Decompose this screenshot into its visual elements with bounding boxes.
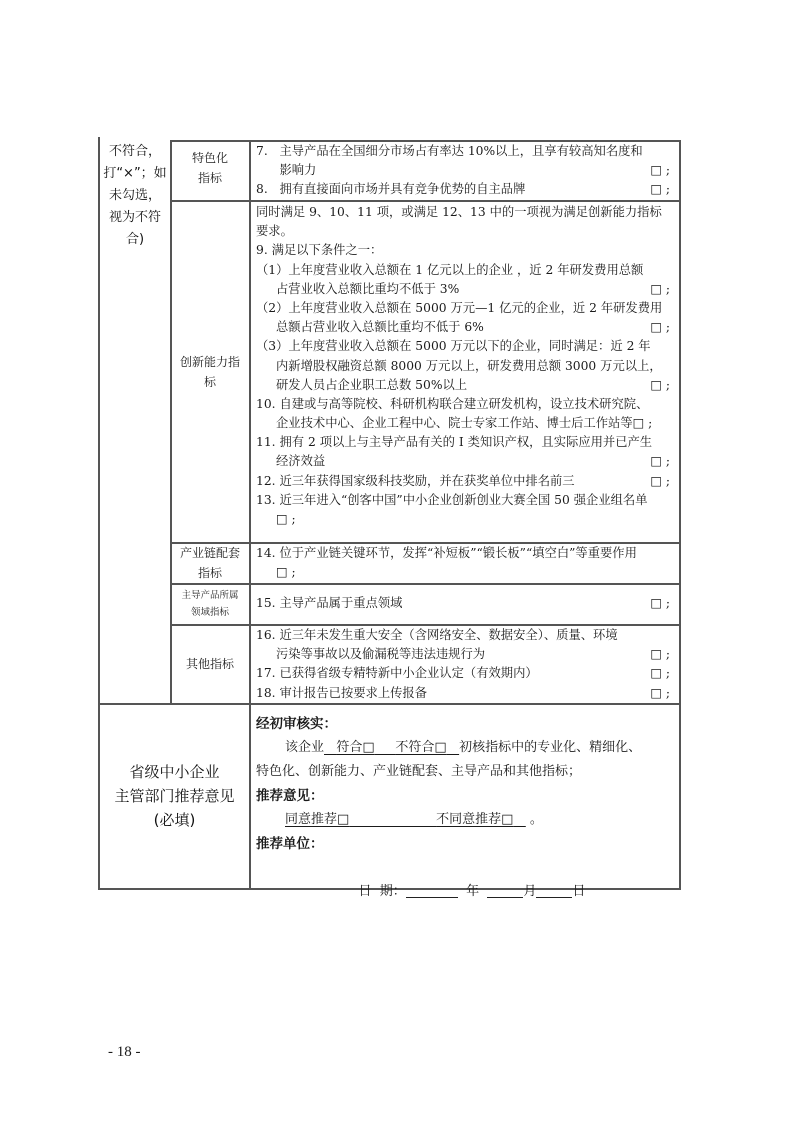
checkbox-9-1[interactable]: □ ; xyxy=(650,280,670,300)
criterion-line: 污染等事故以及偷漏税等违法违规行为□ ; xyxy=(256,645,676,664)
criterion-line: 总额占营业收入总额比重均不低于 6%□ ; xyxy=(256,318,676,337)
recommendation-label: 省级中小企业 主管部门推荐意见 (必填) xyxy=(100,760,249,832)
criterion-line: 研发人员占企业职工总数 50%以上□ ; xyxy=(256,376,676,395)
label-line: (必填) xyxy=(100,808,249,832)
category-label: 指标 xyxy=(171,563,249,583)
review-heading: 经初审核实： xyxy=(256,712,676,736)
category-label: 指标 xyxy=(171,168,249,188)
criterion-text: 内新增股权融资总额 8000 万元以上，研发费用总额 3000 万元以上， xyxy=(276,359,662,373)
criterion-line: 同时满足 9、10、11 项，或满足 12、13 中的一项视为满足创新能力指标 xyxy=(256,203,676,222)
criterion-line: 8. 拥有直接面向市场并具有竞争优势的自主品牌□ ; xyxy=(256,180,676,199)
page-number: - 18 - xyxy=(108,1044,141,1061)
label-line: 主管部门推荐意见 xyxy=(100,784,249,808)
criterion-line: 占营业收入总额比重均不低于 3%□ ; xyxy=(256,280,676,299)
criterion-line: 16. 近三年未发生重大安全（含网络安全、数据安全）、质量、环境 xyxy=(256,626,676,645)
checkbox-18[interactable]: □ ; xyxy=(650,684,670,703)
criterion-line: （3）上年度营业收入总额在 5000 万元以下的企业，同时满足：近 2 年 xyxy=(256,337,676,356)
unit-heading: 推荐单位： xyxy=(256,832,676,856)
content-chanyelian: 14. 位于产业链关键环节，发挥“补短板”“锻长板”“填空白”等重要作用 □ ; xyxy=(256,544,676,582)
col2-col3-border xyxy=(249,140,251,890)
criterion-line: 11. 拥有 2 项以上与主导产品有关的 I 类知识产权，且实际应用并已产生 xyxy=(256,433,676,452)
criterion-text: （2）上年度营业收入总额在 5000 万元—1 亿元的企业，近 2 年研发费用 xyxy=(256,301,662,315)
row-divider-3 xyxy=(170,583,681,585)
criterion-line: （1）上年度营业收入总额在 1 亿元以上的企业 ，近 2 年研发费用总额 xyxy=(256,261,676,280)
criterion-text: 12. 近三年获得国家级科技奖励，并在获奖单位中排名前三 xyxy=(256,474,575,488)
note-line: 打“×”；如 xyxy=(100,163,170,185)
criterion-text: 经济效益 xyxy=(276,454,325,468)
category-label: 主导产品所属 xyxy=(171,587,249,604)
checkbox-9-3[interactable]: □ ; xyxy=(650,376,670,396)
content-zhudao: 15. 主导产品属于重点领域□ ; xyxy=(256,594,676,613)
category-qita: 其他指标 xyxy=(171,654,249,674)
criterion-text: 7. 主导产品在全国细分市场占有率达 10%以上，且享有较高知名度和 xyxy=(256,144,643,158)
opinion-line: 同意推荐□ 不同意推荐□ 。 xyxy=(256,808,676,832)
day-field[interactable] xyxy=(536,883,572,898)
content-chuangxin: 同时满足 9、10、11 项，或满足 12、13 中的一项视为满足创新能力指标 … xyxy=(256,203,676,529)
day-label: 日 xyxy=(572,884,585,899)
checkbox-12[interactable]: □ ; xyxy=(650,472,670,492)
row-divider-5 xyxy=(98,703,681,705)
criterion-line: 要求。 xyxy=(256,222,676,241)
criterion-line: 企业技术中心、企业工程中心、院士专家工作站、博士后工作站等□ ; xyxy=(256,414,676,433)
checkbox-13[interactable]: □ ; xyxy=(276,512,296,526)
checkbox-7[interactable]: □ ; xyxy=(650,161,670,180)
criterion-text: 15. 主导产品属于重点领域 xyxy=(256,596,402,610)
category-label: 标 xyxy=(171,372,249,392)
recommendation-content: 经初审核实： 该企业 符合□ 不符合□ 初核指标中的专业化、精细化、 特色化、创… xyxy=(256,712,676,928)
row-divider-1 xyxy=(170,200,681,202)
criterion-line: 18. 审计报告已按要求上传报备□ ; xyxy=(256,684,676,703)
note-line: 未勾选， xyxy=(100,185,170,207)
criterion-text: 8. 拥有直接面向市场并具有竞争优势的自主品牌 xyxy=(256,182,525,196)
criterion-text: 14. 位于产业链关键环节，发挥“补短板”“锻长板”“填空白”等重要作用 xyxy=(256,546,637,560)
category-label: 其他指标 xyxy=(171,654,249,674)
review-line-2: 特色化、创新能力、产业链配套、主导产品和其他指标； xyxy=(256,760,676,784)
content-tese: 7. 主导产品在全国细分市场占有率达 10%以上，且享有较高知名度和 影响力□ … xyxy=(256,142,676,200)
note-line: 合) xyxy=(100,229,170,251)
disagree-checkbox[interactable]: 不同意推荐□ xyxy=(436,812,513,827)
criterion-text: 污染等事故以及偷漏税等违法违规行为 xyxy=(276,647,485,661)
opinion-heading: 推荐意见： xyxy=(256,784,676,808)
opinion-options: 同意推荐□ 不同意推荐□ xyxy=(285,812,526,827)
checkbox-10[interactable]: 企业技术中心、企业工程中心、院士专家工作站、博士后工作站等□ ; xyxy=(276,416,652,430)
category-label: 特色化 xyxy=(171,148,249,168)
category-label: 创新能力指 xyxy=(171,352,249,372)
date-line: 日 期： 年 月日 xyxy=(256,856,676,928)
criterion-line: 9. 满足以下条件之一： xyxy=(256,241,676,260)
category-zhudao: 主导产品所属 领域指标 xyxy=(171,587,249,621)
year-label: 年 xyxy=(466,884,479,899)
criterion-line: 13. 近三年进入“创客中国”中小企业创新创业大赛全国 50 强企业组名单 xyxy=(256,491,676,510)
criterion-text: 17. 已获得省级专精特新中小企业认定（有效期内） xyxy=(256,666,538,680)
criterion-line: 12. 近三年获得国家级科技奖励，并在获奖单位中排名前三□ ; xyxy=(256,472,676,491)
category-tese: 特色化 指标 xyxy=(171,148,249,188)
checkbox-11[interactable]: □ ; xyxy=(650,452,670,472)
review-options: 符合□ 不符合□ xyxy=(324,740,459,755)
criterion-text: 16. 近三年未发生重大安全（含网络安全、数据安全）、质量、环境 xyxy=(256,628,618,642)
criterion-line: □ ; xyxy=(256,510,676,529)
criterion-text: （3）上年度营业收入总额在 5000 万元以下的企业，同时满足：近 2 年 xyxy=(256,339,651,353)
criterion-line: （2）上年度营业收入总额在 5000 万元—1 亿元的企业，近 2 年研发费用 xyxy=(256,299,676,318)
checkbox-9-2[interactable]: □ ; xyxy=(650,318,670,338)
category-chuangxin: 创新能力指 标 xyxy=(171,352,249,392)
category-chanyelian: 产业链配套 指标 xyxy=(171,543,249,583)
criterion-text: 13. 近三年进入“创客中国”中小企业创新创业大赛全国 50 强企业组名单 xyxy=(256,493,648,507)
criterion-line: □ ; xyxy=(256,563,676,582)
label-line: 省级中小企业 xyxy=(100,760,249,784)
criterion-line: 15. 主导产品属于重点领域□ ; xyxy=(256,594,676,613)
option-meet-checkbox[interactable]: 符合□ xyxy=(336,740,374,755)
criterion-text: 占营业收入总额比重均不低于 3% xyxy=(276,282,459,296)
criterion-text: 11. 拥有 2 项以上与主导产品有关的 I 类知识产权，且实际应用并已产生 xyxy=(256,435,652,449)
criterion-text: 同时满足 9、10、11 项，或满足 12、13 中的一项视为满足创新能力指标 xyxy=(256,205,662,219)
year-field[interactable] xyxy=(406,883,458,898)
month-label: 月 xyxy=(523,884,536,899)
criterion-text: 影响力 xyxy=(256,163,316,177)
agree-checkbox[interactable]: 同意推荐□ xyxy=(285,812,349,827)
checkbox-15[interactable]: □ ; xyxy=(650,594,670,613)
month-field[interactable] xyxy=(487,883,523,898)
note-line: 不符合， xyxy=(100,141,170,163)
table-right-border xyxy=(679,140,681,890)
criterion-line: 影响力□ ; xyxy=(256,161,676,180)
category-label: 领域指标 xyxy=(171,604,249,621)
category-label: 产业链配套 xyxy=(171,543,249,563)
checkbox-16[interactable]: □ ; xyxy=(650,645,670,664)
criterion-line: 14. 位于产业链关键环节，发挥“补短板”“锻长板”“填空白”等重要作用 xyxy=(256,544,676,563)
period: 。 xyxy=(530,812,543,827)
criterion-line: 经济效益□ ; xyxy=(256,452,676,471)
criterion-line: 内新增股权融资总额 8000 万元以上，研发费用总额 3000 万元以上， xyxy=(256,357,676,376)
criterion-text: 10. 自建或与高等院校、科研机构联合建立研发机构，设立技术研究院、 xyxy=(256,397,648,411)
review-prefix: 该企业 xyxy=(285,740,324,755)
checkbox-17[interactable]: □ ; xyxy=(650,664,670,683)
criterion-text: 18. 审计报告已按要求上传报备 xyxy=(256,686,427,700)
checkbox-8[interactable]: □ ; xyxy=(650,180,670,199)
checkbox-14[interactable]: □ ; xyxy=(276,565,296,579)
review-suffix: 初核指标中的专业化、精细化、 xyxy=(459,740,641,755)
note-line: 视为不符 xyxy=(100,207,170,229)
instruction-note: 不符合， 打“×”；如 未勾选， 视为不符 合) xyxy=(100,141,170,251)
option-not-meet-checkbox[interactable]: 不符合□ xyxy=(395,740,446,755)
criterion-text: 研发人员占企业职工总数 50%以上 xyxy=(276,378,467,392)
criterion-text: 要求。 xyxy=(256,224,293,238)
criterion-line: 7. 主导产品在全国细分市场占有率达 10%以上，且享有较高知名度和 xyxy=(256,142,676,161)
criterion-text: 9. 满足以下条件之一： xyxy=(256,243,382,257)
criterion-line: 17. 已获得省级专精特新中小企业认定（有效期内）□ ; xyxy=(256,664,676,683)
criterion-text: 总额占营业收入总额比重均不低于 6% xyxy=(276,320,484,334)
review-line: 该企业 符合□ 不符合□ 初核指标中的专业化、精细化、 xyxy=(256,736,676,760)
criterion-text: （1）上年度营业收入总额在 1 亿元以上的企业 ，近 2 年研发费用总额 xyxy=(256,263,643,277)
date-label: 日 期： xyxy=(359,884,406,899)
content-qita: 16. 近三年未发生重大安全（含网络安全、数据安全）、质量、环境 污染等事故以及… xyxy=(256,626,676,703)
criterion-line: 10. 自建或与高等院校、科研机构联合建立研发机构，设立技术研究院、 xyxy=(256,395,676,414)
